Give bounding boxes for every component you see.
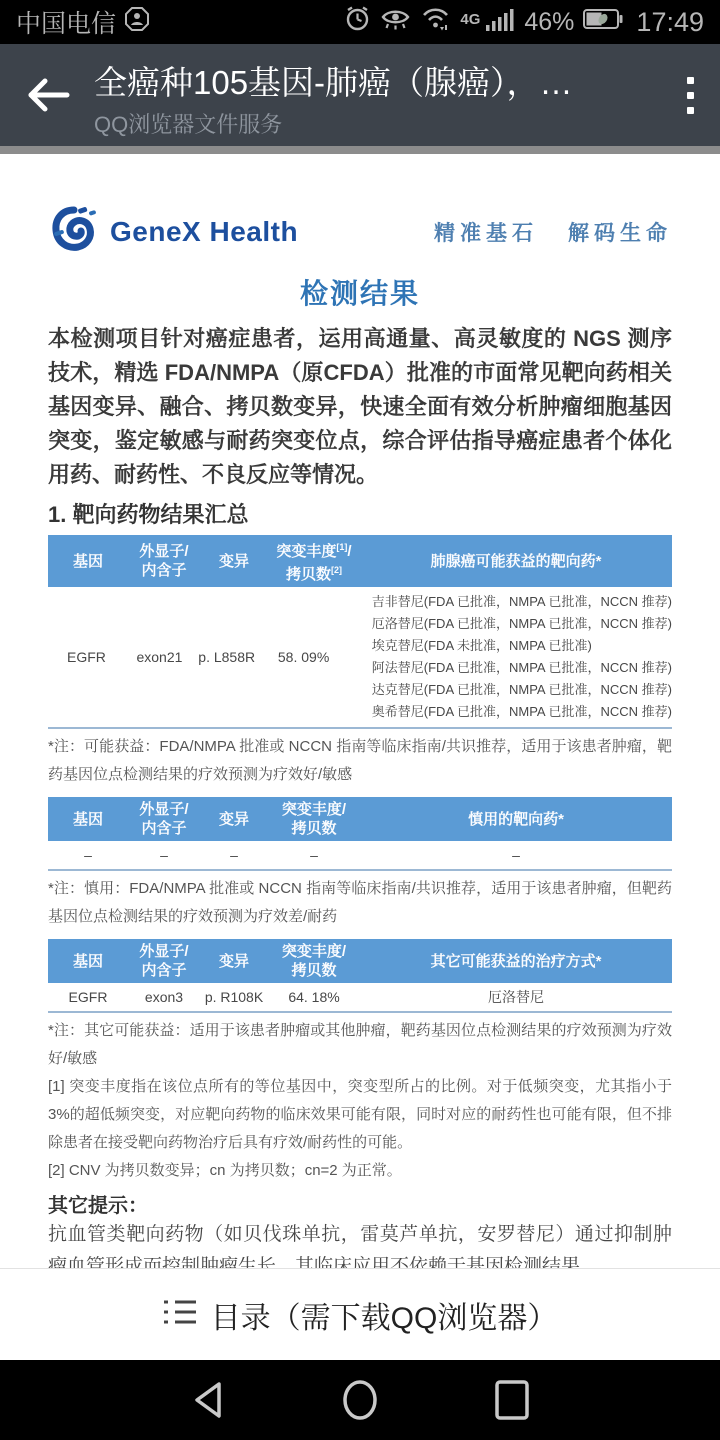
benefit-drug-table: 基因 外显子/内含子 变异 突变丰度[1]/ 拷贝数[2] 肺腺癌可能获益的靶向…	[48, 535, 672, 729]
table3-header: 基因 外显子/内含子 变异 突变丰度/拷贝数 其它可能获益的治疗方式*	[48, 939, 672, 983]
nav-back-button[interactable]	[186, 1378, 230, 1422]
brand-name: GeneX Health	[110, 216, 298, 248]
overflow-menu-button[interactable]	[681, 67, 700, 124]
table1-row: EGFR exon21 p. L858R 58. 09% 吉非替尼(FDA 已批…	[48, 587, 672, 729]
table3-note: *注：其它可能获益：适用于该患者肿瘤或其他肿瘤，靶药基因位点检测结果的疗效预测为…	[48, 1017, 672, 1073]
document-page: GeneX Health 精准基石 解码生命 检测结果 本检测项目针对癌症患者，…	[0, 154, 720, 1268]
battery-percent-label: 46%	[524, 8, 574, 37]
cell-gene: EGFR	[48, 649, 125, 665]
other-tips-body: 抗血管类靶向药物（如贝伐珠单抗，雷莫芦单抗，安罗替尼）通过抑制肿瘤血管形成而控制…	[48, 1219, 672, 1268]
col-exon: 外显子/内含子	[128, 942, 200, 980]
slogan-left: 精准基石	[434, 217, 538, 247]
drug-item: 厄洛替尼(FDA 已批准，NMPA 已批准，NCCN 推荐)	[372, 613, 672, 635]
cell-variant: p. L858R	[194, 649, 259, 665]
col-exon: 外显子/内含子	[128, 800, 200, 838]
alarm-icon	[344, 5, 371, 39]
col-gene: 基因	[48, 810, 128, 829]
col-drugs: 其它可能获益的治疗方式*	[360, 952, 672, 971]
carrier-label: 中国电信	[16, 4, 116, 40]
footnote-1: [1] 突变丰度指在该位点所有的等位基因中，突变型所占的比例。对于低频突变，尤其…	[48, 1073, 672, 1157]
brand-slogan: 精准基石 解码生命	[434, 217, 672, 247]
other-tips-title: 其它提示：	[48, 1193, 672, 1219]
wifi-icon	[420, 5, 451, 39]
browser-header: 全癌种105基因-肺癌（腺癌），… QQ浏览器文件服务	[0, 44, 720, 146]
col-abundance: 突变丰度/拷贝数	[268, 800, 360, 838]
genex-logo-icon	[48, 204, 100, 261]
table3-row: EGFR exon3 p. R108K 64. 18% 厄洛替尼	[48, 983, 672, 1013]
col-abundance: 突变丰度/拷贝数	[268, 942, 360, 980]
footnote-2: [2] CNV 为拷贝数变异；cn 为拷贝数；cn=2 为正常。	[48, 1157, 672, 1185]
header-divider	[0, 146, 720, 154]
col-drugs: 慎用的靶向药*	[360, 810, 672, 829]
table2-row: – – – – –	[48, 841, 672, 871]
clock-label: 17:49	[636, 7, 704, 38]
col-gene: 基因	[48, 952, 128, 971]
file-title: 全癌种105基因-肺癌（腺癌），…	[94, 57, 681, 104]
col-drugs: 肺腺癌可能获益的靶向药*	[360, 552, 672, 571]
col-variant: 变异	[200, 552, 268, 571]
report-brand-row: GeneX Health 精准基石 解码生命	[48, 204, 672, 260]
report-title: 检测结果	[48, 272, 672, 312]
android-nav-bar	[0, 1360, 720, 1440]
caution-drug-table: 基因 外显子/内含子 变异 突变丰度/拷贝数 慎用的靶向药* – – – – –	[48, 797, 672, 871]
toc-list-icon	[163, 1297, 197, 1332]
table1-header: 基因 外显子/内含子 变异 突变丰度[1]/ 拷贝数[2] 肺腺癌可能获益的靶向…	[48, 535, 672, 587]
hd-volte-icon	[124, 6, 150, 39]
nav-recents-button[interactable]	[490, 1378, 534, 1422]
drug-item: 奥希替尼(FDA 已批准，NMPA 已批准，NCCN 推荐)	[372, 701, 672, 723]
network-type-label: 4G	[460, 11, 480, 28]
toc-bar[interactable]: 目录（需下载QQ浏览器）	[0, 1268, 720, 1360]
table2-note: *注：慎用：FDA/NMPA 批准或 NCCN 指南等临床指南/共识推荐，适用于…	[48, 875, 672, 931]
back-arrow-icon	[25, 75, 71, 115]
table2-header: 基因 外显子/内含子 变异 突变丰度/拷贝数 慎用的靶向药*	[48, 797, 672, 841]
report-intro: 本检测项目针对癌症患者，运用高通量、高灵敏度的 NGS 测序技术，精选 FDA/…	[48, 322, 672, 492]
col-variant: 变异	[200, 810, 268, 829]
col-abundance: 突变丰度[1]/ 拷贝数[2]	[268, 538, 360, 584]
cell-abundance: 58. 09%	[259, 649, 347, 665]
file-service-subtitle: QQ浏览器文件服务	[94, 108, 681, 139]
other-benefit-table: 基因 外显子/内含子 变异 突变丰度/拷贝数 其它可能获益的治疗方式* EGFR…	[48, 939, 672, 1013]
col-variant: 变异	[200, 952, 268, 971]
table1-note: *注：可能获益：FDA/NMPA 批准或 NCCN 指南等临床指南/共识推荐，适…	[48, 733, 672, 789]
drug-item: 埃克替尼(FDA 未批准，NMPA 已批准)	[372, 635, 672, 657]
col-gene: 基因	[48, 552, 128, 571]
signal-bars-icon	[485, 6, 515, 39]
drug-item: 阿法替尼(FDA 已批准，NMPA 已批准，NCCN 推荐)	[372, 657, 672, 679]
battery-icon	[583, 8, 623, 37]
toc-label: 目录（需下载QQ浏览器）	[211, 1293, 558, 1337]
col-exon: 外显子/内含子	[128, 542, 200, 580]
back-button[interactable]	[20, 67, 76, 123]
cell-drug-list: 吉非替尼(FDA 已批准，NMPA 已批准，NCCN 推荐) 厄洛替尼(FDA …	[348, 591, 672, 723]
nav-home-button[interactable]	[338, 1378, 382, 1422]
slogan-right: 解码生命	[568, 217, 672, 247]
drug-item: 达克替尼(FDA 已批准，NMPA 已批准，NCCN 推荐)	[372, 679, 672, 701]
eye-protect-icon	[380, 5, 411, 39]
drug-item: 吉非替尼(FDA 已批准，NMPA 已批准，NCCN 推荐)	[372, 591, 672, 613]
nav-home-circle-icon	[340, 1377, 380, 1423]
cell-exon: exon21	[125, 649, 194, 665]
nav-back-triangle-icon	[191, 1380, 225, 1420]
status-bar: 中国电信 4G 46% 17:49	[0, 0, 720, 44]
nav-recents-square-icon	[494, 1379, 530, 1421]
section1-title: 1. 靶向药物结果汇总	[48, 498, 672, 529]
